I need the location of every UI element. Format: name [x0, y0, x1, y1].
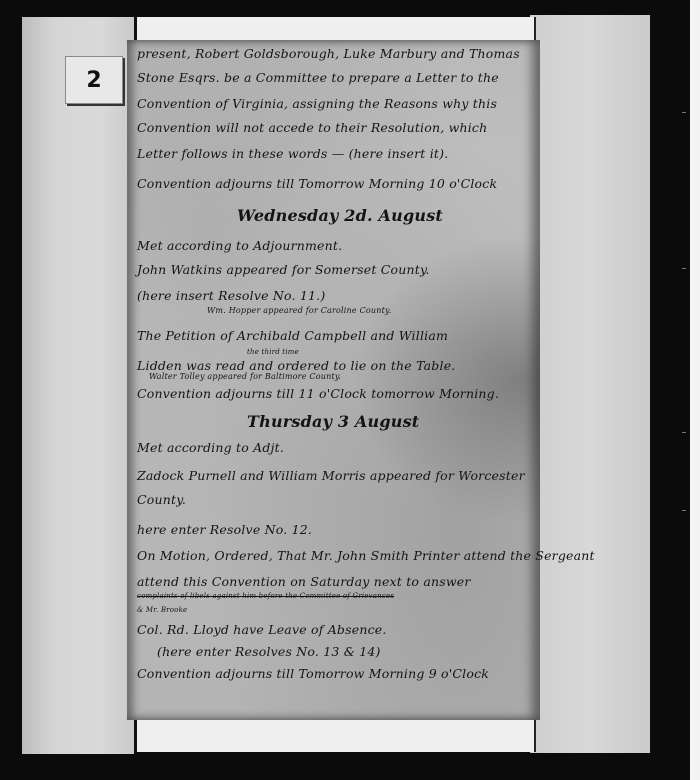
scale-tick [682, 432, 686, 433]
manuscript-line: Met according to Adjt. [137, 440, 284, 455]
manuscript-line: here enter Resolve No. 12. [137, 522, 312, 537]
manuscript-line: Convention will not accede to their Reso… [137, 120, 487, 135]
scale-tick [682, 268, 686, 269]
manuscript-line: (here enter Resolves No. 13 & 14) [157, 644, 381, 659]
scale-tick [682, 510, 686, 511]
manuscript-line: Lidden was read and ordered to lie on th… [137, 358, 455, 373]
manuscript-line: Convention adjourns till Tomorrow Mornin… [137, 666, 489, 681]
manuscript-line: the third time [247, 348, 299, 356]
page-number: 2 [86, 68, 101, 93]
manuscript-line: Convention adjourns till Tomorrow Mornin… [137, 176, 497, 191]
manuscript-page: Wednesday 2d. August Thursday 3 August p… [127, 40, 540, 720]
manuscript-line: Convention adjourns till 11 o'Clock tomo… [137, 386, 499, 401]
scale-tick [682, 112, 686, 113]
manuscript-line: (here insert Resolve No. 11.) [137, 288, 325, 303]
manuscript-line: Stone Esqrs. be a Committee to prepare a… [137, 70, 499, 85]
manuscript-line: Zadock Purnell and William Morris appear… [137, 468, 525, 483]
left-mount-strip [22, 17, 134, 754]
manuscript-line: On Motion, Ordered, That Mr. John Smith … [137, 548, 595, 563]
manuscript-line: present, Robert Goldsborough, Luke Marbu… [137, 46, 520, 61]
manuscript-line: Walter Tolley appeared for Baltimore Cou… [149, 372, 341, 381]
manuscript-line: Wm. Hopper appeared for Caroline County. [207, 306, 391, 315]
manuscript-line: Col. Rd. Lloyd have Leave of Absence. [137, 622, 387, 637]
date-heading-wednesday: Wednesday 2d. August [237, 206, 443, 225]
manuscript-line: complaints of libels against him before … [137, 592, 394, 600]
manuscript-line: Met according to Adjournment. [137, 238, 342, 253]
right-mount-strip [530, 15, 650, 753]
manuscript-line: County. [137, 492, 186, 507]
manuscript-line: attend this Convention on Saturday next … [137, 574, 471, 589]
date-heading-thursday: Thursday 3 August [247, 412, 419, 431]
manuscript-line: The Petition of Archibald Campbell and W… [137, 328, 448, 343]
scan-right-edge [690, 0, 700, 780]
manuscript-line: Letter follows in these words — (here in… [137, 146, 448, 161]
page-number-tab: 2 [65, 56, 123, 104]
manuscript-line: John Watkins appeared for Somerset Count… [137, 262, 430, 277]
manuscript-line: & Mr. Brooke [137, 606, 187, 614]
manuscript-line: Convention of Virginia, assigning the Re… [137, 96, 497, 111]
